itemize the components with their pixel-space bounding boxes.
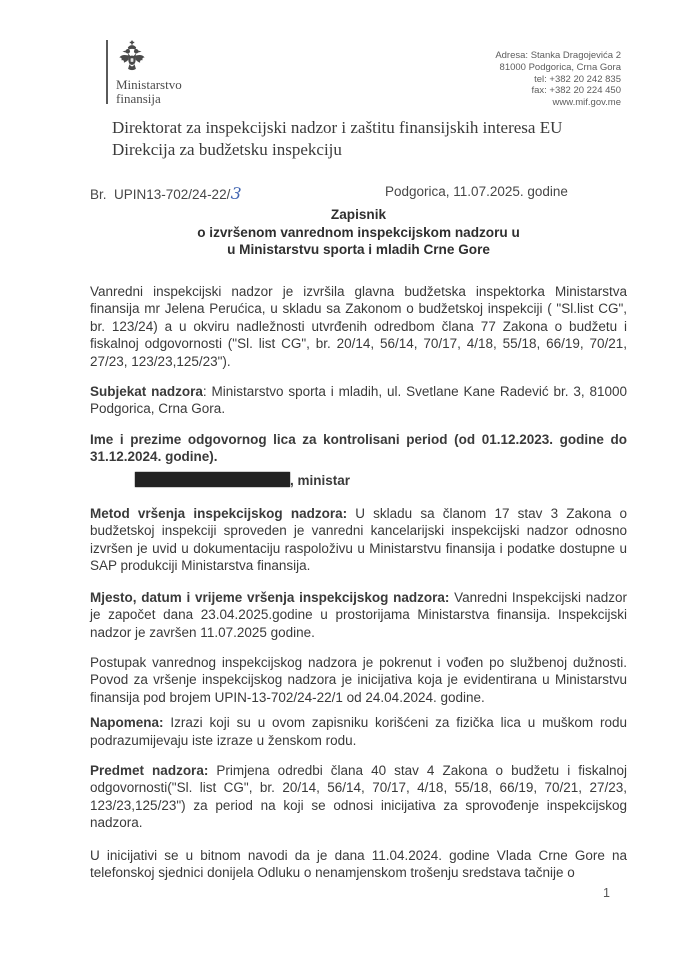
directorate-line1: Direktorat za inspekcijski nadzor i zašt… <box>112 117 562 139</box>
responsible-person-text: Ime i prezime odgovornog lica za kontrol… <box>90 432 627 464</box>
reference-row: Br. UPIN13-702/24-22/3 Podgorica, 11.07.… <box>90 184 625 203</box>
paragraph-subject: Subjekat nadzora: Ministarstvo sporta i … <box>90 383 627 418</box>
directorate-heading: Direktorat za inspekcijski nadzor i zašt… <box>112 117 562 160</box>
address-line: Adresa: Stanka Dragojevića 2 <box>495 50 621 62</box>
paragraph-method: Metod vršenja inspekcijskog nadzora: U s… <box>90 505 627 575</box>
paragraph-initiative: U inicijativi se u bitnom navodi da je d… <box>90 847 627 882</box>
phone-line: tel: +382 20 242 835 <box>495 74 621 86</box>
redacted-name-box <box>135 472 290 487</box>
fax-line: fax: +382 20 224 450 <box>495 85 621 97</box>
letterhead: Ministarstvo finansija Adresa: Stanka Dr… <box>106 40 621 109</box>
ministry-name-line1: Ministarstvo <box>116 78 182 92</box>
paragraph-procedure: Postupak vanrednog inspekcijskog nadzora… <box>90 654 627 706</box>
coat-of-arms-eagle-icon <box>118 40 146 76</box>
minister-suffix: , ministar <box>290 473 350 488</box>
contact-address-block: Adresa: Stanka Dragojevića 2 81000 Podgo… <box>495 40 621 109</box>
page-number: 1 <box>603 886 610 900</box>
note-text: Izrazi koji su u ovom zapisniku korišćen… <box>90 715 627 747</box>
paragraph-intro: Vanredni inspekcijski nadzor je izvršila… <box>90 283 627 370</box>
note-label: Napomena: <box>90 715 164 730</box>
logo-divider-bar <box>106 40 108 104</box>
paragraph-note: Napomena: Izrazi koji su u ovom zapisnik… <box>90 714 627 749</box>
ministry-name: Ministarstvo finansija <box>116 78 182 106</box>
directorate-line2: Direkcija za budžetsku inspekciju <box>112 139 562 161</box>
paragraph-place-date: Mjesto, datum i vrijeme vršenja inspekci… <box>90 589 627 641</box>
handwritten-number: 3 <box>230 184 242 204</box>
title-line3: u Ministarstvu sporta i mladih Crne Gore <box>90 241 627 259</box>
address-line: 81000 Podgorica, Crna Gora <box>495 62 621 74</box>
document-title: Zapisnik o izvršenom vanrednom inspekcij… <box>90 206 627 259</box>
method-label: Metod vršenja inspekcijskog nadzora: <box>90 506 347 521</box>
minister-line: , ministar <box>90 472 627 489</box>
initiative-text: U inicijativi se u bitnom navodi da je d… <box>90 848 627 880</box>
place-and-date: Podgorica, 11.07.2025. godine <box>385 184 568 199</box>
procedure-text: Postupak vanrednog inspekcijskog nadzora… <box>90 655 627 705</box>
case-number: Br. UPIN13-702/24-22/ <box>90 187 230 202</box>
paragraph-subject-matter: Predmet nadzora: Primjena odredbi člana … <box>90 762 627 832</box>
website-line: www.mif.gov.me <box>495 97 621 109</box>
document-page: Ministarstvo finansija Adresa: Stanka Dr… <box>0 0 679 960</box>
document-body: Vanredni inspekcijski nadzor je izvršila… <box>90 283 627 894</box>
ministry-logo: Ministarstvo finansija <box>106 40 182 106</box>
subject-label: Subjekat nadzora <box>90 384 203 399</box>
place-date-label: Mjesto, datum i vrijeme vršenja inspekci… <box>90 590 449 605</box>
title-line1: Zapisnik <box>90 206 627 224</box>
paragraph-responsible-person: Ime i prezime odgovornog lica za kontrol… <box>90 431 627 466</box>
subject-matter-label: Predmet nadzora: <box>90 763 208 778</box>
title-line2: o izvršenom vanrednom inspekcijskom nadz… <box>90 224 627 242</box>
ministry-name-line2: finansija <box>116 92 182 106</box>
paragraph-intro-text: Vanredni inspekcijski nadzor je izvršila… <box>90 284 627 369</box>
